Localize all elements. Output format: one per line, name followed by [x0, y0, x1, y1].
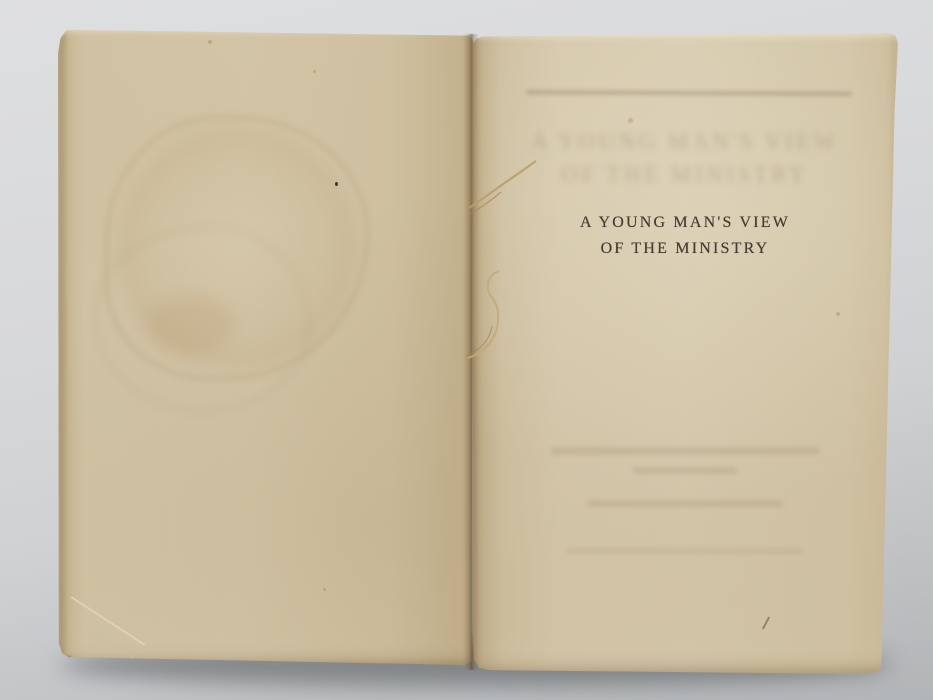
bleed-through-title-line1: A YOUNG MAN'S VIEW [472, 125, 898, 158]
half-title: A YOUNG MAN'S VIEW OF THE MINISTRY [472, 210, 898, 262]
bleed-through-imprint-line [587, 500, 783, 507]
bleed-through-imprint-line [551, 447, 819, 455]
foxing-spot [208, 40, 212, 44]
bleed-through-title-line2: OF THE MINISTRY [472, 158, 898, 191]
bleed-through-imprint-line [633, 467, 737, 474]
half-title-line1: A YOUNG MAN'S VIEW [472, 210, 898, 236]
book-gutter [464, 34, 479, 670]
bleed-through-title: A YOUNG MAN'S VIEW OF THE MINISTRY [472, 125, 898, 191]
bleed-through-imprint-line [566, 548, 804, 554]
left-page [58, 28, 473, 666]
photo-of-open-book: A YOUNG MAN'S VIEW OF THE MINISTRY A YOU… [0, 0, 933, 700]
foxing-spot [628, 118, 633, 123]
stain-patch [146, 296, 234, 354]
ink-speck [335, 182, 338, 186]
foxing-spot [323, 588, 326, 591]
foxing-spot [313, 70, 316, 73]
corner-crease [71, 596, 146, 646]
pencil-scratch [762, 616, 770, 629]
half-title-line2: OF THE MINISTRY [472, 236, 898, 262]
bleed-through-imprint [472, 447, 898, 554]
bleed-through-rule [526, 90, 852, 96]
foxing-spot [836, 312, 840, 316]
right-page: A YOUNG MAN'S VIEW OF THE MINISTRY A YOU… [472, 33, 898, 674]
